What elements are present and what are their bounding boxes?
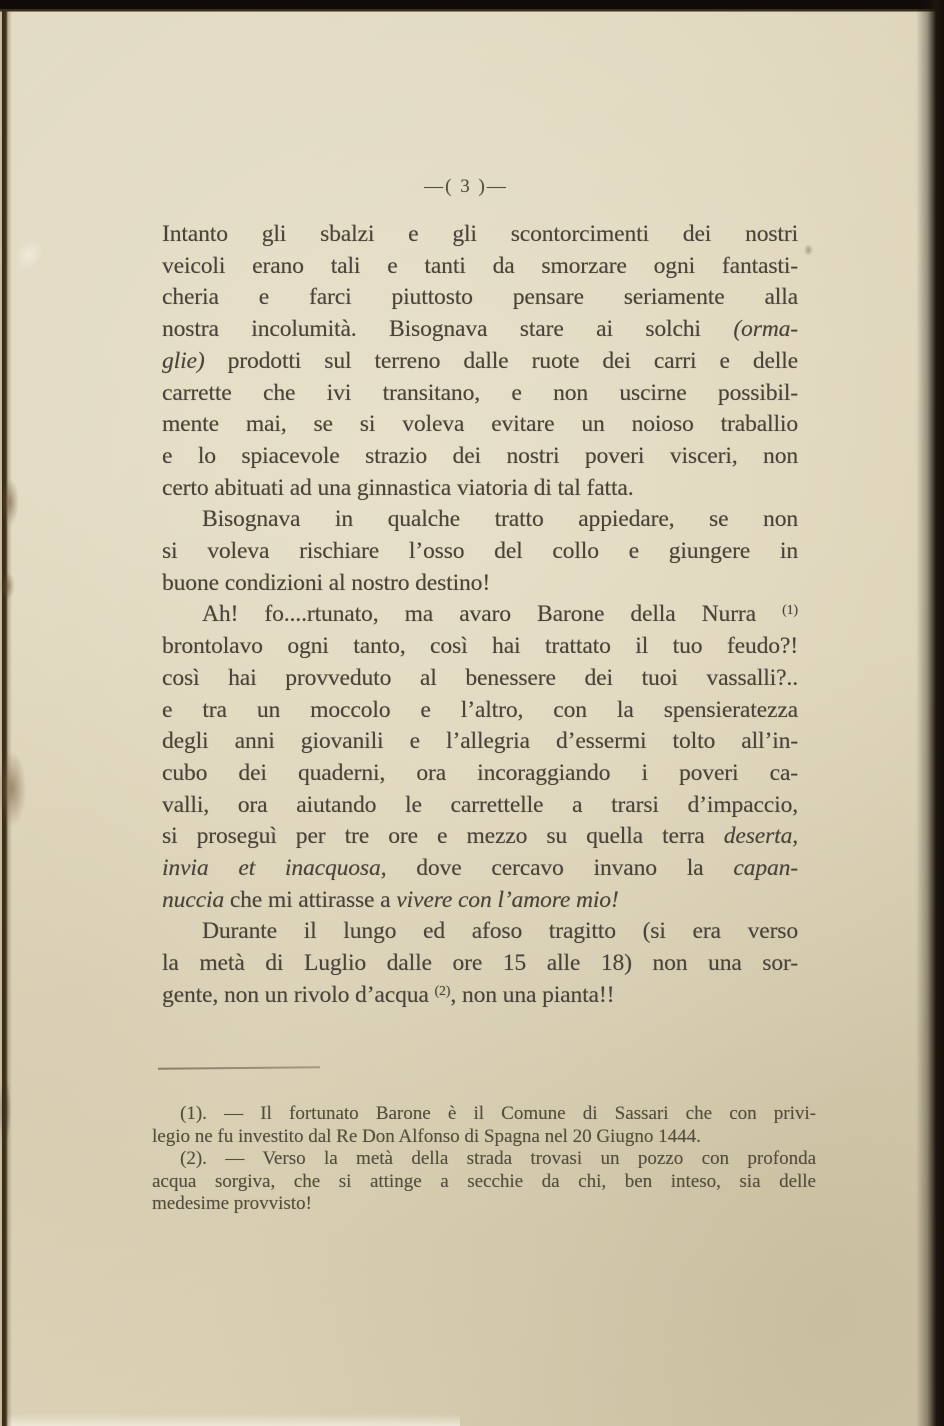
text-run: cubo dei quaderni, ora incoraggiando i p… bbox=[162, 760, 798, 786]
text-run: invia et inacquosa, bbox=[162, 855, 386, 881]
footnote-marker: (1) bbox=[782, 602, 798, 617]
text-run: si proseguì per tre ore e mezzo su quell… bbox=[162, 823, 724, 849]
scan-light-band bbox=[0, 1414, 460, 1426]
text-line: e tra un moccolo e l’altro, con la spens… bbox=[162, 695, 798, 727]
text-run: mente mai, se si voleva evitare un noios… bbox=[162, 411, 798, 437]
text-line: e lo spiacevole strazio dei nostri pover… bbox=[162, 441, 798, 473]
text-run: veicoli erano tali e tanti da smorzare o… bbox=[162, 253, 798, 279]
text-run: si voleva rischiare l’osso del collo e g… bbox=[162, 538, 798, 564]
page-stain bbox=[0, 572, 15, 600]
text-run: , non una pianta!! bbox=[450, 982, 614, 1008]
paragraph: Ah! fo....rtunato, ma avaro Barone della… bbox=[162, 599, 798, 916]
text-run: legio ne fu investito dal Re Don Alfonso… bbox=[152, 1126, 701, 1147]
text-line: cubo dei quaderni, ora incoraggiando i p… bbox=[162, 758, 798, 790]
text-line: veicoli erano tali e tanti da smorzare o… bbox=[162, 251, 798, 283]
text-run: carrette che ivi transitano, e non uscir… bbox=[162, 380, 798, 406]
page-stain bbox=[1, 478, 19, 526]
text-line: brontolavo ogni tanto, così hai trattato… bbox=[162, 631, 798, 663]
text-line: medesime provvisto! bbox=[152, 1193, 816, 1216]
text-line: buone condizioni al nostro destino! bbox=[162, 568, 798, 600]
text-line: degli anni giovanili e l’allegria d’esse… bbox=[162, 726, 798, 758]
text-line: così hai provveduto al benessere dei tuo… bbox=[162, 663, 798, 695]
paragraph: Bisognava in qualche tratto appiedare, s… bbox=[162, 504, 798, 599]
text-run: Bisognava in qualche tratto appiedare, s… bbox=[202, 506, 798, 532]
text-run: la metà di Luglio dalle ore 15 alle 18) … bbox=[162, 950, 798, 976]
text-run: così hai provveduto al benessere dei tuo… bbox=[162, 665, 798, 691]
body-text: Intanto gli sbalzi e gli scontorcimenti … bbox=[162, 219, 798, 1012]
paragraph: Intanto gli sbalzi e gli scontorcimenti … bbox=[162, 219, 798, 504]
book-binding-edge-left bbox=[0, 0, 12, 1426]
text-line: (1). — Il fortunato Barone è il Comune d… bbox=[152, 1103, 816, 1126]
text-run: medesime provvisto! bbox=[152, 1193, 312, 1214]
text-run: valli, ora aiutando le carrettelle a tra… bbox=[162, 792, 798, 818]
text-line: Durante il lungo ed afoso tragitto (si e… bbox=[162, 916, 798, 948]
text-line: Intanto gli sbalzi e gli scontorcimenti … bbox=[162, 219, 798, 251]
paragraph: Durante il lungo ed afoso tragitto (si e… bbox=[162, 916, 798, 1011]
page-stain bbox=[804, 244, 813, 256]
text-line: valli, ora aiutando le carrettelle a tra… bbox=[162, 790, 798, 822]
text-run: prodotti sul terreno dalle ruote dei car… bbox=[205, 348, 798, 374]
text-line: Bisognava in qualche tratto appiedare, s… bbox=[162, 504, 798, 536]
text-run: nuccia bbox=[162, 887, 224, 913]
footnote-marker: (2) bbox=[435, 983, 451, 998]
text-run: brontolavo ogni tanto, così hai trattato… bbox=[162, 633, 798, 659]
text-line: (2). — Verso la metà della strada trovas… bbox=[152, 1148, 816, 1171]
text-run: glie) bbox=[162, 348, 205, 374]
text-run: degli anni giovanili e l’allegria d’esse… bbox=[162, 728, 798, 754]
text-run: capan- bbox=[733, 855, 798, 881]
footnote: (1). — Il fortunato Barone è il Comune d… bbox=[152, 1103, 816, 1148]
text-run: Intanto gli sbalzi e gli scontorcimenti … bbox=[162, 221, 798, 247]
text-line: gente, non un rivolo d’acqua (2), non un… bbox=[162, 980, 798, 1012]
page-stain bbox=[0, 752, 26, 826]
text-run: nostra incolumità. Bisognava stare ai so… bbox=[162, 316, 733, 342]
text-run: dove cercavo invano la bbox=[386, 855, 733, 881]
text-run: Durante il lungo ed afoso tragitto (si e… bbox=[202, 918, 798, 944]
text-line: mente mai, se si voleva evitare un noios… bbox=[162, 409, 798, 441]
text-line: nuccia che mi attirasse a vivere con l’a… bbox=[162, 885, 798, 917]
text-line: si proseguì per tre ore e mezzo su quell… bbox=[162, 821, 798, 853]
text-run: e lo spiacevole strazio dei nostri pover… bbox=[162, 443, 798, 469]
text-run: certo abituati ad una ginnastica viatori… bbox=[162, 475, 634, 501]
footnote: (2). — Verso la metà della strada trovas… bbox=[152, 1148, 816, 1216]
text-line: certo abituati ad una ginnastica viatori… bbox=[162, 473, 798, 505]
text-run: vivere con l’amore mio! bbox=[396, 887, 618, 913]
text-line: nostra incolumità. Bisognava stare ai so… bbox=[162, 314, 798, 346]
footnote-separator-rule bbox=[158, 1066, 320, 1069]
text-run: e tra un moccolo e l’altro, con la spens… bbox=[162, 697, 798, 723]
text-line: legio ne fu investito dal Re Don Alfonso… bbox=[152, 1126, 816, 1149]
text-line: invia et inacquosa, dove cercavo invano … bbox=[162, 853, 798, 885]
text-run: che mi attirasse a bbox=[224, 887, 396, 913]
text-run: gente, non un rivolo d’acqua bbox=[162, 982, 435, 1008]
page-number-header: —( 3 )— bbox=[166, 176, 800, 198]
text-line: carrette che ivi transitano, e non uscir… bbox=[162, 378, 798, 410]
page-scratch bbox=[9, 234, 50, 277]
text-line: acqua sorgiva, che si attinge a secchie … bbox=[152, 1171, 816, 1194]
text-run: Ah! fo....rtunato, ma avaro Barone della… bbox=[202, 601, 782, 627]
text-run: (orma- bbox=[733, 316, 798, 342]
book-edge-right bbox=[916, 0, 944, 1426]
text-run: buone condizioni al nostro destino! bbox=[162, 570, 490, 596]
text-line: si voleva rischiare l’osso del collo e g… bbox=[162, 536, 798, 568]
footnotes: (1). — Il fortunato Barone è il Comune d… bbox=[152, 1103, 816, 1216]
text-run: cheria e farci piuttosto pensare seriame… bbox=[162, 284, 798, 310]
text-line: Ah! fo....rtunato, ma avaro Barone della… bbox=[162, 599, 798, 631]
text-line: cheria e farci piuttosto pensare seriame… bbox=[162, 282, 798, 314]
text-run: (2). — Verso la metà della strada trovas… bbox=[180, 1148, 816, 1169]
text-line: glie) prodotti sul terreno dalle ruote d… bbox=[162, 346, 798, 378]
book-page-scan: —( 3 )— Intanto gli sbalzi e gli scontor… bbox=[0, 0, 944, 1426]
text-run: acqua sorgiva, che si attinge a secchie … bbox=[152, 1171, 816, 1192]
text-run: (1). — Il fortunato Barone è il Comune d… bbox=[180, 1103, 816, 1124]
book-edge-top bbox=[0, 0, 944, 12]
text-run: deserta, bbox=[724, 823, 798, 849]
text-line: la metà di Luglio dalle ore 15 alle 18) … bbox=[162, 948, 798, 980]
